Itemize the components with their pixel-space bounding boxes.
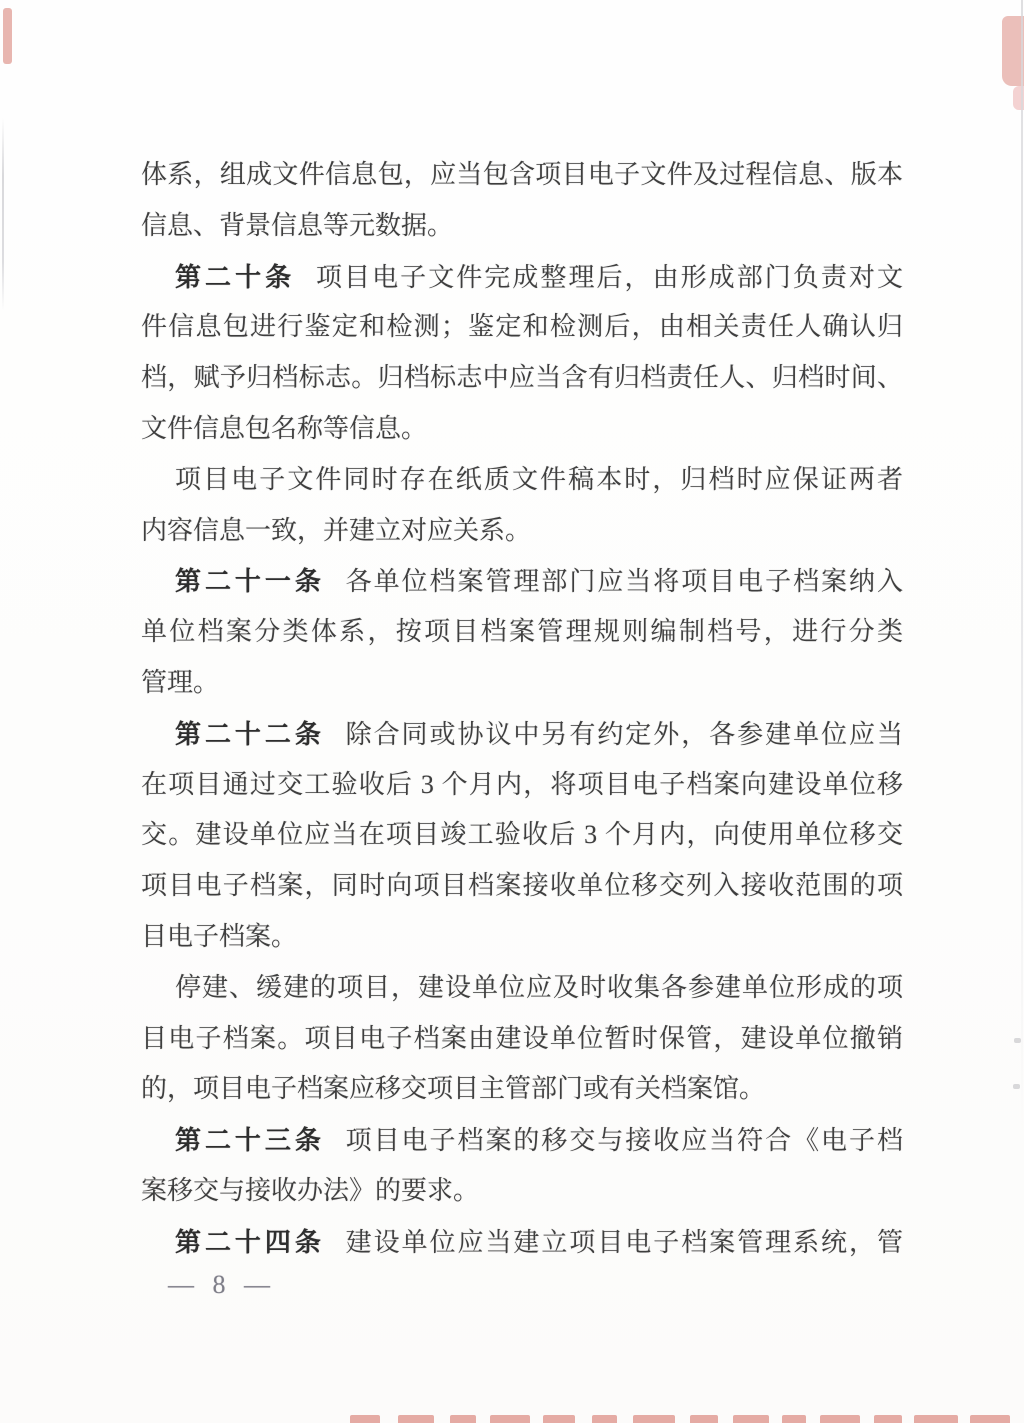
line-text: 件信息包进行鉴定和检测；鉴定和检测后，由相关责任人确认归 — [141, 312, 903, 341]
page-number: — 8 — — [168, 1270, 272, 1300]
red-strip-segment — [350, 1415, 380, 1423]
scan-artifact-red-strip-bottom — [0, 1413, 1024, 1423]
text-line: 案移交与接收办法》的要求。 — [141, 1166, 903, 1217]
line-text: 项目电子档案，同时向项目档案接收单位移交列入接收范围的项 — [141, 871, 903, 900]
text-line: 第二十二条除合同或协议中另有约定外，各参建单位应当 — [141, 709, 903, 760]
article-number: 第二十四条 — [175, 1227, 325, 1257]
line-text: 目电子档案。 — [141, 922, 297, 951]
scan-edge-line-right — [1021, 0, 1023, 1140]
line-text: 管理。 — [141, 668, 219, 697]
line-text: 项目电子文件同时存在纸质文件稿本时，归档时应保证两者 — [175, 465, 903, 494]
text-line: 信息、背景信息等元数据。 — [141, 201, 903, 252]
text-line: 停建、缓建的项目，建设单位应及时收集各参建单位形成的项 — [141, 963, 903, 1014]
red-strip-segment — [690, 1415, 718, 1423]
line-text: 项目电子文件完成整理后，由形成部门负责对文 — [316, 263, 903, 292]
red-strip-segment — [782, 1415, 806, 1423]
text-line: 项目电子档案，同时向项目档案接收单位移交列入接收范围的项 — [141, 861, 903, 912]
line-text: 的，项目电子档案应移交项目主管部门或有关档案馆。 — [141, 1074, 765, 1103]
line-text: 文件信息包名称等信息。 — [141, 414, 427, 443]
red-strip-segment — [914, 1415, 958, 1423]
line-text: 单位档案分类体系，按项目档案管理规则编制档号，进行分类 — [141, 617, 903, 646]
text-line: 档，赋予归档标志。归档标志中应当含有归档责任人、归档时间、 — [141, 353, 903, 404]
text-line: 目电子档案。项目电子档案由建设单位暂时保管，建设单位撤销 — [141, 1014, 903, 1065]
red-strip-segment — [450, 1415, 476, 1423]
red-strip-segment — [874, 1415, 902, 1423]
line-text: 建设单位应当建立项目电子档案管理系统，管 — [346, 1228, 903, 1257]
text-line: 单位档案分类体系，按项目档案管理规则编制档号，进行分类 — [141, 607, 903, 658]
text-line: 第二十一条各单位档案管理部门应当将项目电子档案纳入 — [141, 556, 903, 607]
text-line: 交。建设单位应当在项目竣工验收后 3 个月内，向使用单位移交 — [141, 810, 903, 861]
article-number: 第二十二条 — [175, 719, 325, 749]
text-line: 内容信息一致，并建立对应关系。 — [141, 506, 903, 557]
line-text: 档，赋予归档标志。归档标志中应当含有归档责任人、归档时间、 — [141, 363, 903, 392]
text-line: 体系，组成文件信息包，应当包含项目电子文件及过程信息、版本 — [141, 150, 903, 201]
scan-speck — [1014, 1038, 1021, 1043]
line-text: 各单位档案管理部门应当将项目电子档案纳入 — [346, 567, 903, 596]
red-strip-segment — [398, 1415, 434, 1423]
red-strip-segment — [490, 1415, 530, 1423]
line-text: 内容信息一致，并建立对应关系。 — [141, 516, 531, 545]
document-text-block: 体系，组成文件信息包，应当包含项目电子文件及过程信息、版本信息、背景信息等元数据… — [141, 150, 903, 1268]
line-text: 目电子档案。项目电子档案由建设单位暂时保管，建设单位撤销 — [141, 1024, 903, 1053]
line-text: 停建、缓建的项目，建设单位应及时收集各参建单位形成的项 — [175, 973, 903, 1002]
line-text: 在项目通过交工验收后 3 个月内，将项目电子档案向建设单位移 — [141, 770, 903, 799]
text-line: 第二十四条建设单位应当建立项目电子档案管理系统，管 — [141, 1217, 903, 1268]
red-strip-segment — [633, 1415, 675, 1423]
red-strip-segment — [543, 1415, 575, 1423]
article-number: 第二十一条 — [175, 566, 325, 596]
line-text: 案移交与接收办法》的要求。 — [141, 1176, 479, 1205]
red-strip-segment — [733, 1415, 769, 1423]
text-line: 件信息包进行鉴定和检测；鉴定和检测后，由相关责任人确认归 — [141, 302, 903, 353]
text-line: 管理。 — [141, 658, 903, 709]
text-line: 的，项目电子档案应移交项目主管部门或有关档案馆。 — [141, 1064, 903, 1115]
text-line: 在项目通过交工验收后 3 个月内，将项目电子档案向建设单位移 — [141, 760, 903, 811]
article-number: 第二十三条 — [175, 1125, 325, 1155]
red-strip-segment — [592, 1415, 617, 1423]
document-page: 体系，组成文件信息包，应当包含项目电子文件及过程信息、版本信息、背景信息等元数据… — [0, 0, 1024, 1423]
article-number: 第二十条 — [175, 262, 295, 292]
line-text: 信息、背景信息等元数据。 — [141, 211, 453, 240]
scan-artifact-red-mark-top-left — [3, 8, 12, 64]
text-line: 第二十条项目电子文件完成整理后，由形成部门负责对文 — [141, 252, 903, 303]
text-line: 文件信息包名称等信息。 — [141, 404, 903, 455]
scan-speck — [1013, 1084, 1020, 1089]
line-text: 交。建设单位应当在项目竣工验收后 3 个月内，向使用单位移交 — [141, 820, 903, 849]
line-text: 项目电子档案的移交与接收应当符合《电子档 — [346, 1126, 903, 1155]
text-line: 目电子档案。 — [141, 912, 903, 963]
red-strip-segment — [970, 1415, 1010, 1423]
text-line: 项目电子文件同时存在纸质文件稿本时，归档时应保证两者 — [141, 455, 903, 506]
text-line: 第二十三条项目电子档案的移交与接收应当符合《电子档 — [141, 1115, 903, 1166]
scan-edge-line-left — [2, 118, 4, 310]
line-text: 除合同或协议中另有约定外，各参建单位应当 — [346, 720, 903, 749]
red-strip-segment — [820, 1415, 860, 1423]
line-text: 体系，组成文件信息包，应当包含项目电子文件及过程信息、版本 — [141, 160, 903, 189]
